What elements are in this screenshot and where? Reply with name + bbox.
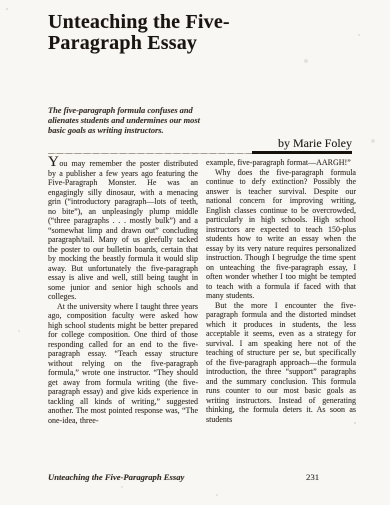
paragraph: At the university where I taught three y… <box>48 302 198 426</box>
paragraph: But the more I encounter the five-paragr… <box>206 301 356 425</box>
paragraph-text: ou may remember the poster distributed b… <box>48 159 198 301</box>
article-abstract: The five-paragraph formula confuses and … <box>48 106 208 137</box>
byline-underline-rule <box>252 151 352 154</box>
article-body: You may remember the poster distributed … <box>48 158 356 425</box>
article-title: Unteaching the Five-Paragraph Essay <box>48 12 268 53</box>
left-column: You may remember the poster distributed … <box>48 158 198 425</box>
running-footer-title: Unteaching the Five-Paragraph Essay <box>48 472 184 482</box>
right-column: example, five-paragraph format—AARGH!” W… <box>206 158 356 425</box>
scanned-article-page: Unteaching the Five-Paragraph Essay The … <box>0 0 390 505</box>
paragraph: Why does the five-paragraph formula cont… <box>206 168 356 301</box>
page-number: 231 <box>306 472 319 482</box>
scan-noise <box>6 8 8 10</box>
paragraph: You may remember the poster distributed … <box>48 158 198 302</box>
byline: by Marie Foley <box>278 136 352 150</box>
paragraph: example, five-paragraph format—AARGH!” <box>206 158 356 168</box>
